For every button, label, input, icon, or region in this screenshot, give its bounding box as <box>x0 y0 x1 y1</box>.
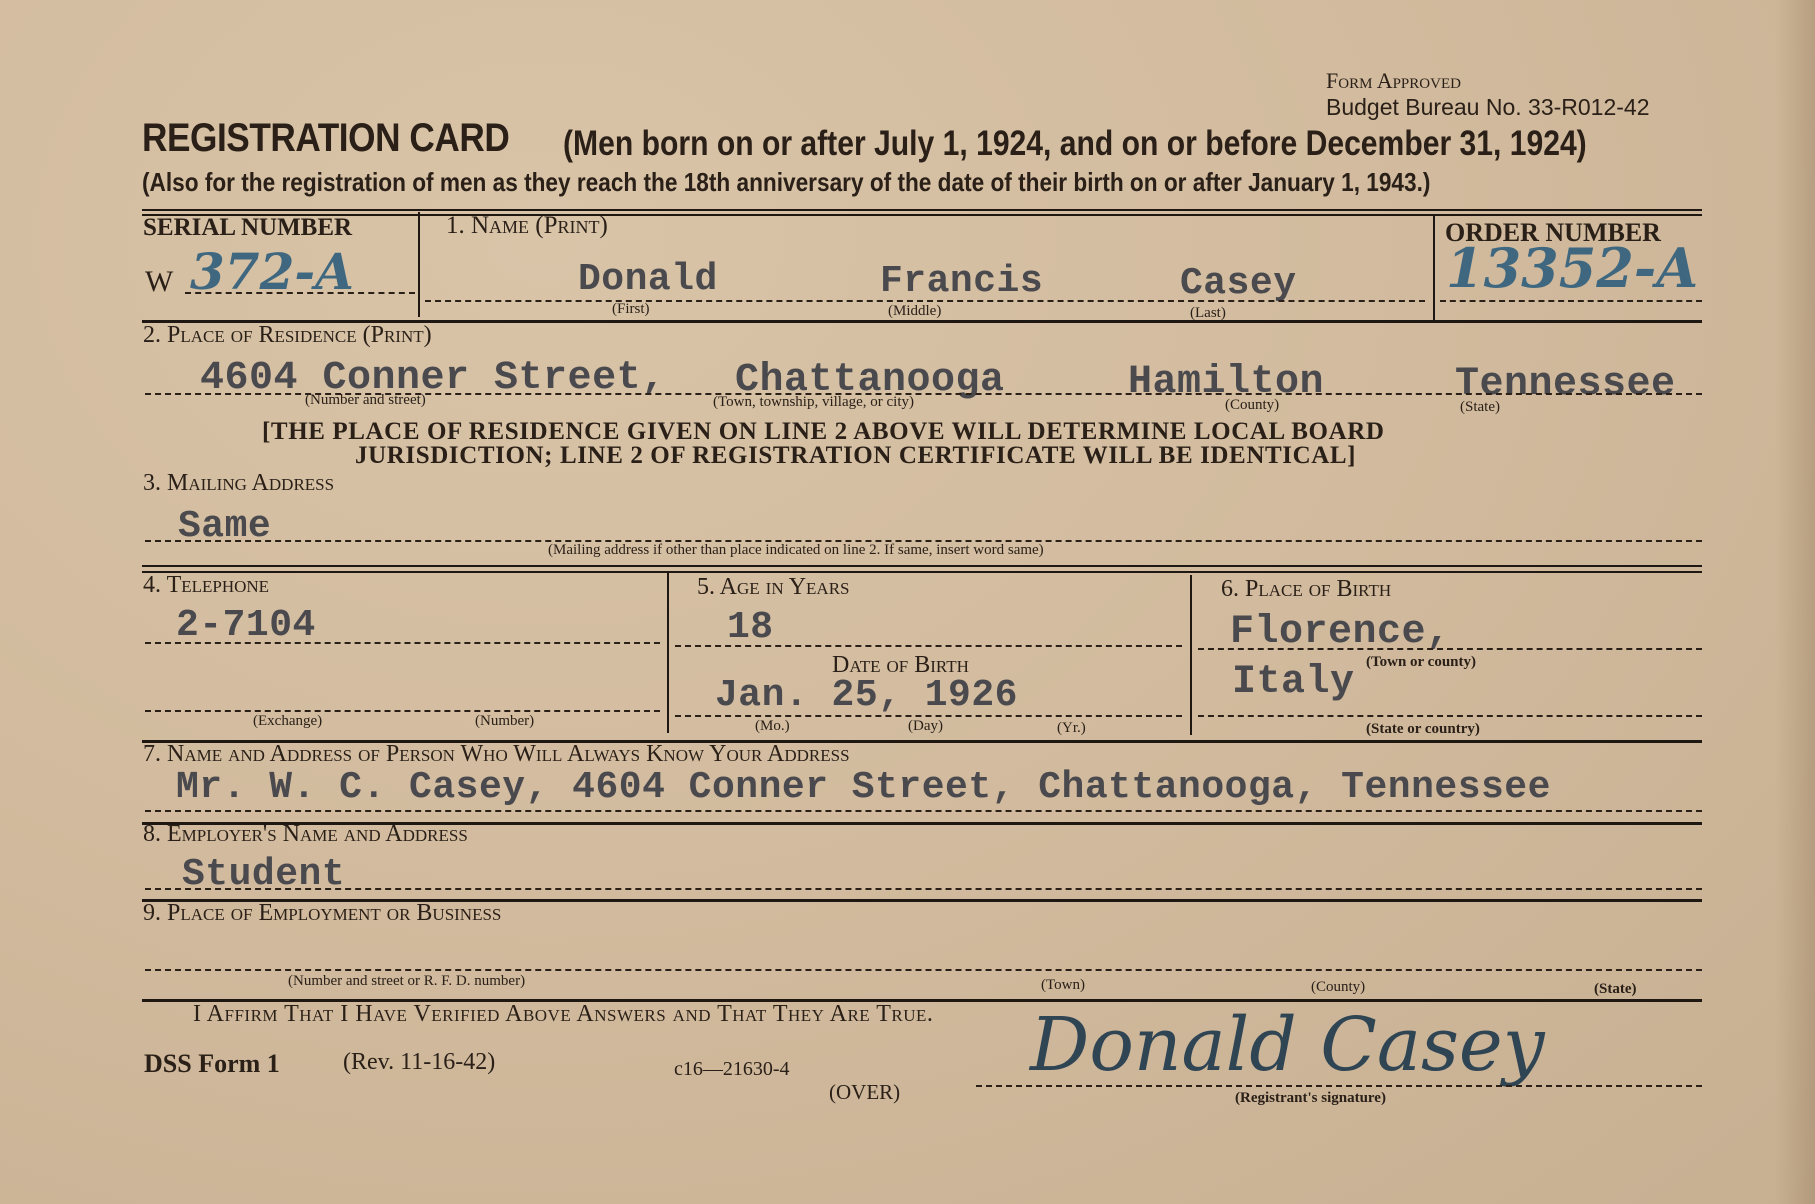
fill-line <box>145 810 1702 812</box>
fill-line <box>145 969 1702 971</box>
budget-bureau-number: Budget Bureau No. 33-R012-42 <box>1326 94 1650 121</box>
contact-person-label: 7. Name and Address of Person Who Will A… <box>143 741 850 768</box>
state-caption: (State) <box>1460 399 1500 416</box>
residence-notice-line-2: JURISDICTION; LINE 2 OF REGISTRATION CER… <box>355 442 1356 470</box>
divider <box>1433 215 1435 320</box>
fill-line <box>145 642 660 644</box>
town-caption: (Town, township, village, or city) <box>713 394 914 411</box>
exchange-caption: (Exchange) <box>253 713 322 730</box>
fill-line <box>185 292 415 294</box>
over-label: (OVER) <box>829 1080 900 1105</box>
employment-street-caption: (Number and street or R. F. D. number) <box>288 973 525 990</box>
form-revision: (Rev. 11-16-42) <box>343 1049 495 1076</box>
fill-line <box>675 645 1182 647</box>
fill-line <box>1198 715 1702 717</box>
card-also-note: (Also for the registration of men as the… <box>142 167 1430 198</box>
fill-line <box>145 888 1702 890</box>
employment-town-caption: (Town) <box>1041 977 1085 994</box>
rule <box>142 571 1702 573</box>
fill-line <box>675 715 1182 717</box>
mailing-caption: (Mailing address if other than place ind… <box>548 542 1044 559</box>
employment-place-label: 9. Place of Employment or Business <box>143 900 501 927</box>
employment-state-caption: (State) <box>1594 981 1636 998</box>
year-caption: (Yr.) <box>1057 720 1086 737</box>
fill-line <box>1440 300 1702 302</box>
affirmation-text: I Affirm That I Have Verified Above Answ… <box>193 1001 933 1028</box>
contact-person-value: Mr. W. C. Casey, 4604 Conner Street, Cha… <box>176 766 1551 809</box>
fill-line <box>425 300 1425 302</box>
fill-line <box>1198 648 1702 650</box>
employment-county-caption: (County) <box>1311 979 1365 996</box>
divider <box>418 212 420 317</box>
order-number-value: 13352-A <box>1446 236 1698 300</box>
print-code: c16—21630-4 <box>674 1058 790 1081</box>
serial-number-label: SERIAL NUMBER <box>143 214 352 242</box>
day-caption: (Day) <box>908 718 943 735</box>
rule <box>142 565 1702 567</box>
first-name-value: Donald <box>578 258 718 301</box>
fill-line <box>145 710 660 712</box>
birthplace-country-caption: (State or country) <box>1366 721 1480 738</box>
mailing-address-label: 3. Mailing Address <box>143 470 334 497</box>
form-approved-label: Form Approved <box>1326 68 1461 94</box>
name-label: 1. Name (Print) <box>446 212 608 240</box>
divider <box>1190 575 1192 735</box>
serial-prefix: W <box>145 265 173 299</box>
card-subtitle: (Men born on or after July 1, 1924, and … <box>563 124 1587 164</box>
employer-label: 8. Employer's Name and Address <box>143 821 468 848</box>
birthplace-town-caption: (Town or county) <box>1366 654 1476 671</box>
card-title: REGISTRATION CARD <box>142 116 509 161</box>
birthplace-label: 6. Place of Birth <box>1221 576 1391 603</box>
registration-card: Form Approved Budget Bureau No. 33-R012-… <box>0 0 1815 1204</box>
registrant-signature: Donald Casey <box>1030 1002 1545 1088</box>
middle-caption: (Middle) <box>888 303 941 320</box>
first-caption: (First) <box>612 301 650 318</box>
age-value: 18 <box>727 606 774 649</box>
number-caption: (Number) <box>475 713 534 730</box>
county-caption: (County) <box>1225 397 1279 414</box>
signature-line <box>976 1085 1702 1087</box>
age-label: 5. Age in Years <box>697 574 850 601</box>
birthplace-country-value: Italy <box>1232 660 1355 705</box>
month-caption: (Mo.) <box>755 718 790 735</box>
dob-value: Jan. 25, 1926 <box>715 674 1018 717</box>
rule <box>142 209 1702 211</box>
middle-name-value: Francis <box>880 260 1043 303</box>
divider <box>667 573 669 733</box>
telephone-label: 4. Telephone <box>143 572 269 599</box>
street-caption: (Number and street) <box>305 392 426 409</box>
form-id: DSS Form 1 <box>144 1049 280 1079</box>
rule <box>142 214 1702 216</box>
telephone-value: 2-7104 <box>176 604 316 647</box>
last-name-value: Casey <box>1180 262 1297 305</box>
card-edge-shadow <box>1775 0 1815 1204</box>
residence-label: 2. Place of Residence (Print) <box>143 322 432 349</box>
signature-caption: (Registrant's signature) <box>1235 1090 1386 1107</box>
